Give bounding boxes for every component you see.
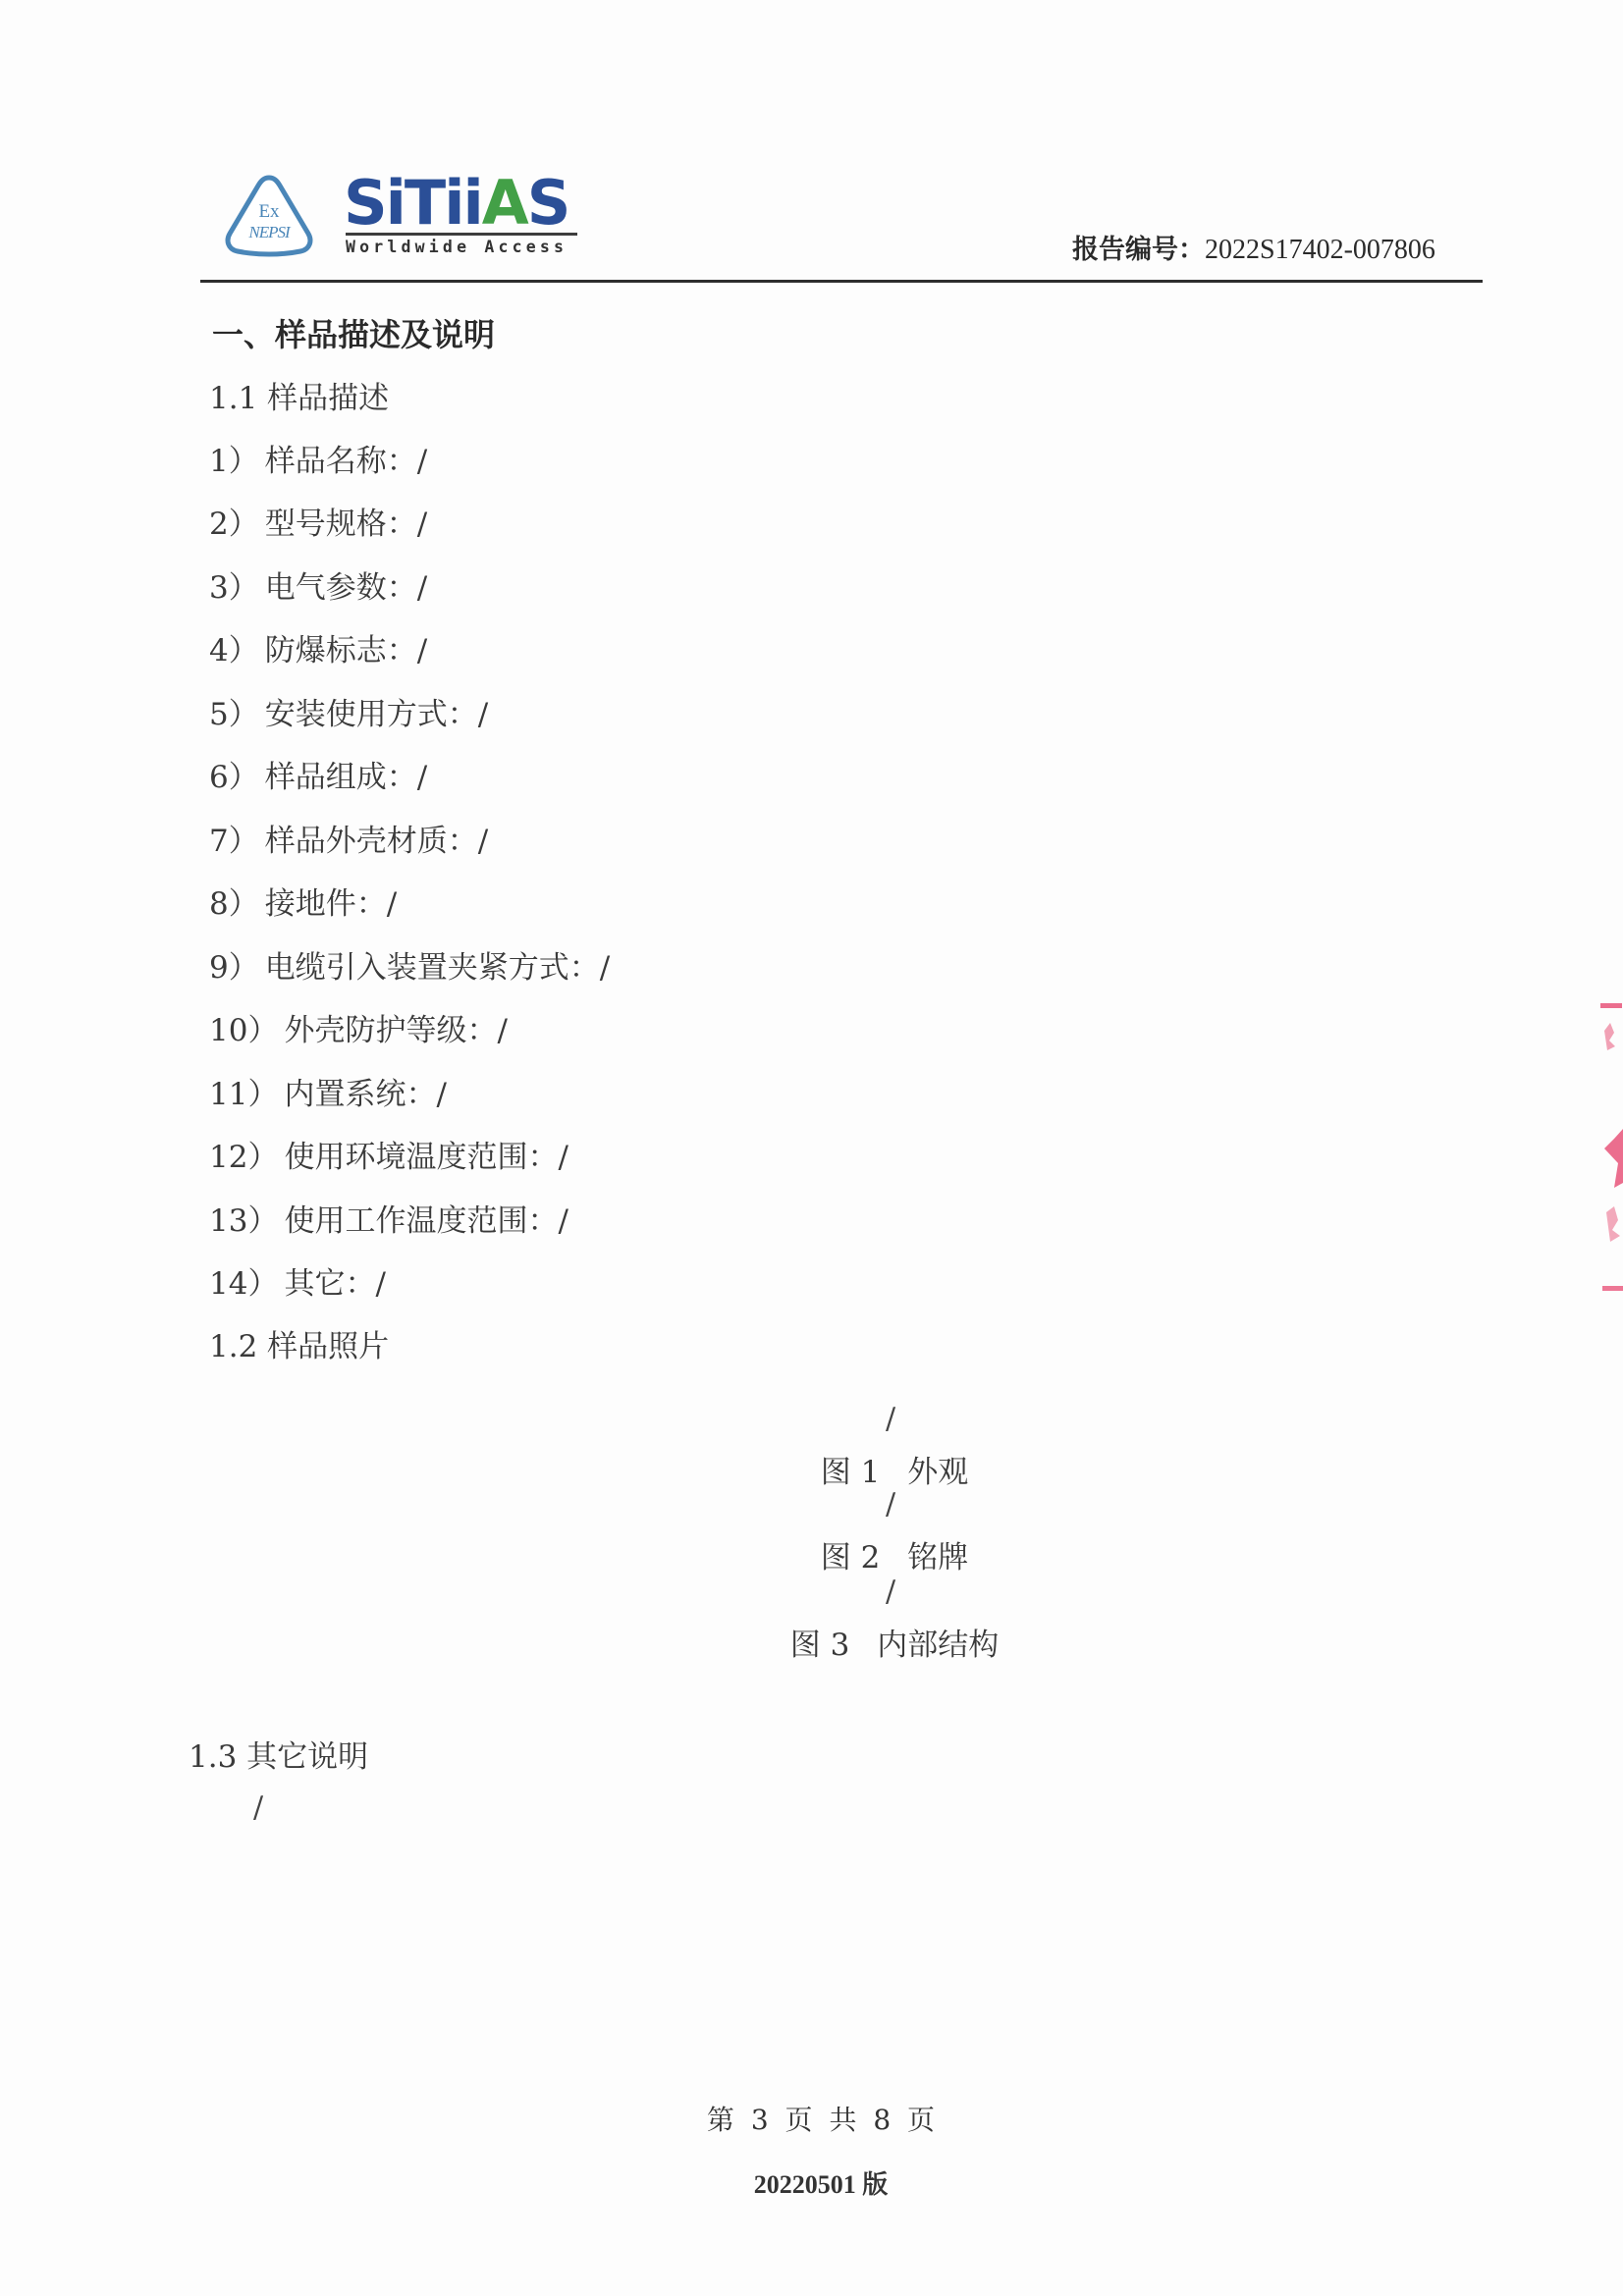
figure-2-placeholder: /	[886, 1487, 895, 1522]
report-number-value: 2022S17402-007806	[1205, 235, 1435, 265]
list-item: 7）样品外壳材质：/	[209, 816, 488, 860]
brand-underline	[346, 233, 577, 236]
list-item: 4）防爆标志：/	[209, 625, 427, 669]
list-item: 13）使用工作温度范围：/	[209, 1196, 568, 1240]
nepsi-shield-icon: Ex NEPSI	[222, 173, 316, 257]
other-notes-content: /	[253, 1790, 263, 1825]
list-item: 12）使用环境温度范围：/	[209, 1132, 568, 1176]
nepsi-ex-logo: Ex NEPSI	[222, 173, 316, 257]
section-title: 一、样品描述及说明	[212, 310, 495, 355]
figure-1-placeholder: /	[886, 1402, 895, 1436]
figure-3-caption: 图 3内部结构	[790, 1620, 1000, 1664]
brand-wordmark: SiTiiAS	[344, 175, 568, 232]
figure-1-caption: 图 1外观	[821, 1447, 969, 1491]
list-item: 14）其它：/	[209, 1258, 386, 1303]
other-notes-heading: 1.3 其它说明	[189, 1732, 368, 1776]
document-version: 20220501 版	[754, 2164, 889, 2201]
sitiias-brand-logo: SiTiiAS Worldwide Access	[344, 175, 581, 259]
list-item: 10）外壳防护等级：/	[209, 1005, 508, 1049]
list-item: 5）安装使用方式：/	[209, 689, 488, 733]
list-item: 3）电气参数：/	[209, 562, 427, 607]
svg-text:NEPSI: NEPSI	[247, 223, 292, 241]
list-item: 6）样品组成：/	[209, 752, 427, 796]
red-seal-icon	[1591, 991, 1623, 1306]
header-divider	[200, 280, 1483, 283]
list-item: 9）电缆引入装置夹紧方式：/	[209, 942, 610, 987]
page-indicator: 第 3 页 共 8 页	[707, 2099, 935, 2138]
list-item: 11）内置系统：/	[209, 1069, 447, 1113]
sample-description-heading: 1.1 样品描述	[209, 373, 389, 417]
brand-tagline: Worldwide Access	[346, 238, 568, 256]
list-item: 8）接地件：/	[209, 879, 397, 923]
report-number-label: 报告编号：	[1072, 235, 1205, 265]
svg-text:Ex: Ex	[258, 201, 280, 222]
list-item: 1）样品名称：/	[209, 436, 427, 480]
sample-photos-heading: 1.2 样品照片	[209, 1321, 389, 1365]
report-number: 报告编号：2022S17402-007806	[1072, 228, 1435, 266]
figure-3-placeholder: /	[886, 1575, 895, 1609]
seal-stamp-fragment	[1591, 991, 1623, 1306]
figure-2-caption: 图 2铭牌	[821, 1532, 969, 1576]
list-item: 2）型号规格：/	[209, 499, 427, 543]
